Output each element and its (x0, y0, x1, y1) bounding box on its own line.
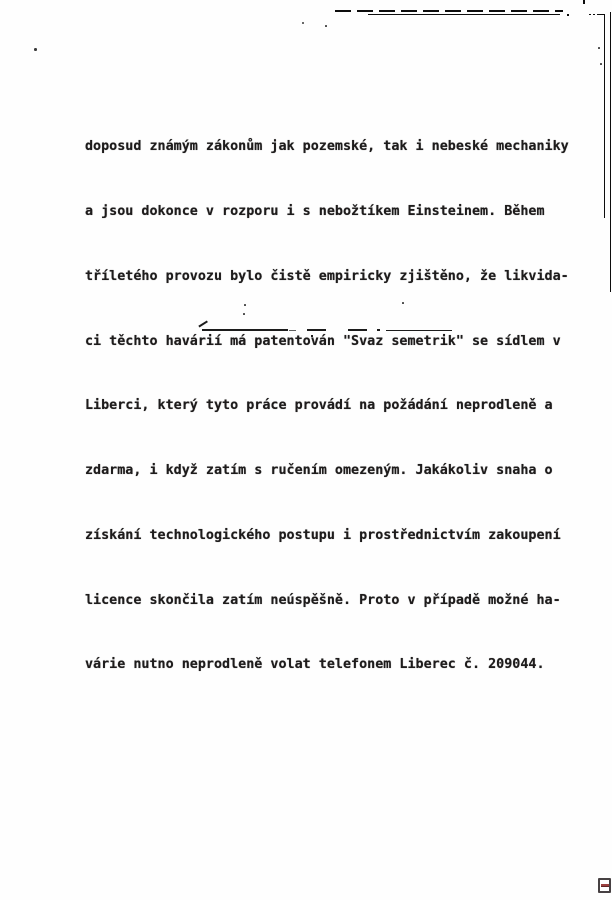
pen-dot (311, 335, 313, 337)
ink-speck (598, 47, 600, 49)
pen-underline-segment (289, 330, 296, 332)
scanned-document-page: doposud známým zákonům jak pozemské, tak… (0, 0, 612, 900)
red-bar-square-icon (598, 878, 611, 893)
text-line: ci těchto havárií má patentován "Svaz se… (85, 331, 585, 353)
text-line: zdarma, i když zatím s ručením omezeným.… (85, 460, 585, 482)
ink-speck (34, 48, 37, 51)
text-line: licence skončila zatím neúspěšně. Proto … (85, 590, 585, 612)
text-line: Liberci, který tyto práce provádí na pož… (85, 395, 585, 417)
text-line: doposud známým zákonům jak pozemské, tak… (85, 136, 585, 158)
text-line: várie nutno neprodleně volat telefonem L… (85, 654, 585, 676)
ink-speck (302, 22, 304, 24)
pen-underline-segment (307, 329, 326, 331)
red-bar (601, 884, 609, 888)
ink-speck (600, 63, 602, 65)
text-line: a jsou dokonce v rozporu i s nebožtíkem … (85, 201, 585, 223)
pen-underline-segment (202, 329, 288, 331)
pen-underline-segment (348, 329, 367, 331)
scan-edge-dashed-line (335, 10, 563, 12)
text-line: tříletého provozu bylo čistě empiricky z… (85, 266, 585, 288)
scan-edge-dot (567, 14, 569, 16)
ink-speck (325, 25, 327, 27)
scan-edge-top-tick (583, 0, 585, 4)
typewritten-paragraph: doposud známým zákonům jak pozemské, tak… (85, 93, 585, 719)
scan-edge-vertical-line-outer (610, 12, 612, 292)
scan-edge-solid-line (368, 14, 560, 16)
text-line: získání technologického postupu i prostř… (85, 525, 585, 547)
pen-underline-segment (386, 330, 452, 332)
scan-edge-vertical-line-inner (604, 14, 605, 218)
pen-dot (377, 329, 380, 331)
